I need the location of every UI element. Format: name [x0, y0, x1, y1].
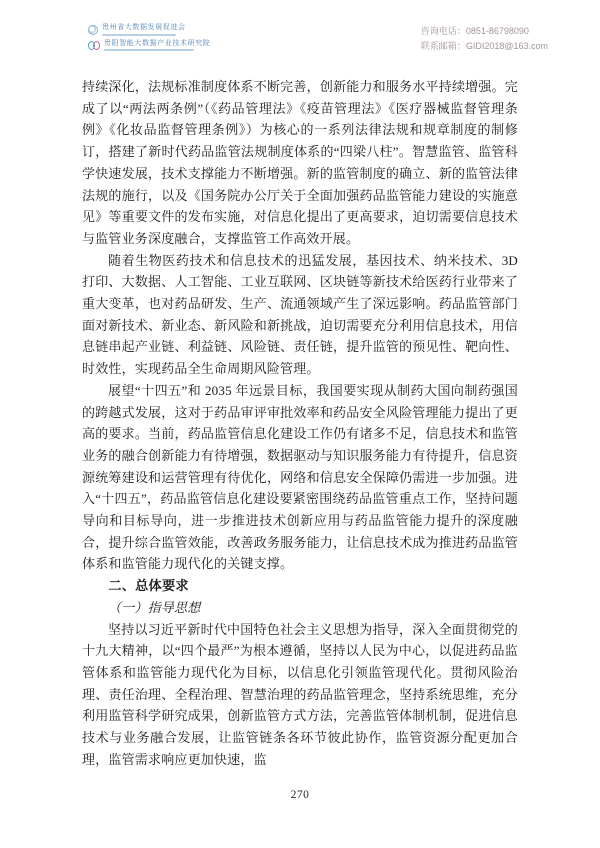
document-page: 贵州省大数据发展促进会 贵阳智能大数据产业技术研究院 咨询电话：0851-867… — [0, 0, 600, 848]
phone-number: 0851-86798090 — [466, 26, 529, 36]
subsection-heading: （一）指导思想 — [82, 597, 518, 619]
phone-label: 咨询电话： — [421, 26, 466, 36]
paragraph: 坚持以习近平新时代中国特色社会主义思想为指导，深入全面贯彻党的十九大精神，以“四… — [82, 619, 518, 771]
paragraph: 随着生物医药技术和信息技术的迅猛发展，基因技术、纳米技术、3D 打印、大数据、人… — [82, 250, 518, 380]
logo-stack: 贵州省大数据发展促进会 贵阳智能大数据产业技术研究院 — [88, 24, 210, 51]
gidi-institute-icon — [88, 41, 100, 51]
association-logo-text: 贵州省大数据发展促进会 — [102, 24, 186, 32]
contact-phone-line: 咨询电话：0851-86798090 — [421, 24, 548, 39]
document-body: 持续深化，法规标准制度体系不断完善，创新能力和服务水平持续增强。完成了以“两法两… — [82, 76, 518, 771]
paragraph: 展望“十四五”和 2035 年远景目标，我国要实现从制药大国向制药强国的跨越式发… — [82, 380, 518, 575]
section-heading: 二、总体要求 — [82, 575, 518, 597]
page-number: 270 — [0, 789, 600, 801]
email-address: GIDI2018@163.com — [466, 41, 548, 51]
institute-logo: 贵阳智能大数据产业技术研究院 — [88, 40, 210, 52]
association-globe-icon — [88, 25, 98, 35]
institute-logo-tagline — [104, 49, 194, 51]
association-logo-tagline — [102, 34, 176, 36]
contact-info: 咨询电话：0851-86798090 联系邮箱：GIDI2018@163.com — [421, 24, 548, 54]
association-logo: 贵州省大数据发展促进会 — [88, 24, 210, 36]
email-label: 联系邮箱： — [421, 41, 466, 51]
contact-email-line: 联系邮箱：GIDI2018@163.com — [421, 39, 548, 54]
institute-logo-text: 贵阳智能大数据产业技术研究院 — [104, 40, 210, 48]
page-header: 贵州省大数据发展促进会 贵阳智能大数据产业技术研究院 咨询电话：0851-867… — [88, 24, 548, 54]
paragraph-continuation: 持续深化，法规标准制度体系不断完善，创新能力和服务水平持续增强。完成了以“两法两… — [82, 76, 518, 250]
